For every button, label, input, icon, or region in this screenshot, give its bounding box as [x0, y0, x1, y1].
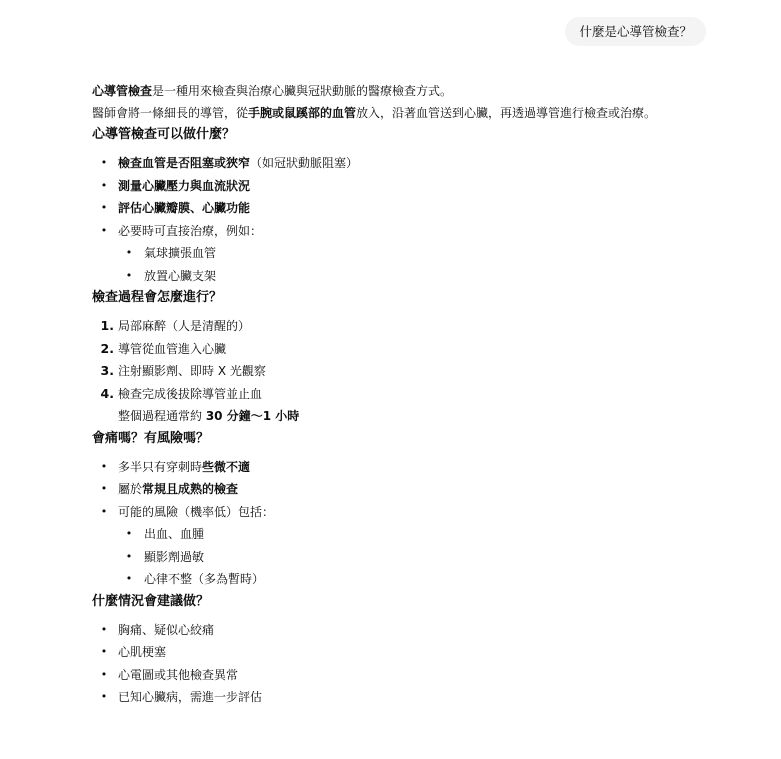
intro-line-2-bold: 手腕或鼠蹊部的血管	[248, 106, 356, 120]
risks-list: •多半只有穿刺時些微不適 •屬於常規且成熟的檢查 •可能的風險（機率低）包括： …	[92, 456, 732, 591]
sub-list-item-text: 氣球擴張血管	[144, 246, 216, 260]
list-item: •多半只有穿刺時些微不適	[92, 456, 732, 479]
sub-list-item-text: 心律不整（多為暫時）	[144, 572, 264, 586]
user-message-bubble: 什麼是心導管檢查？	[565, 17, 706, 46]
step-item: 1.局部麻醉（人是清醒的）	[92, 315, 732, 338]
bullet-icon: •	[94, 478, 114, 501]
duration-value: 30 分鐘～1 小時	[206, 409, 299, 423]
list-item-bold: 常規且成熟的檢查	[142, 482, 238, 496]
bullet-icon: •	[94, 501, 114, 524]
step-number: 3.	[94, 360, 114, 383]
step-item: 4.檢查完成後拔除導管並止血	[92, 383, 732, 406]
step-item: 2.導管從血管進入心臟	[92, 338, 732, 361]
list-item-text: 可能的風險（機率低）包括：	[118, 505, 274, 519]
list-item-text: 心電圖或其他檢查異常	[118, 668, 238, 682]
sub-list-item-text: 顯影劑過敏	[144, 550, 204, 564]
bullet-icon: •	[94, 197, 114, 220]
step-text: 注射顯影劑、即時 X 光觀察	[118, 364, 266, 378]
step-number: 1.	[94, 315, 114, 338]
sub-list-item: •出血、血腫	[92, 523, 732, 546]
intro-term: 心導管檢查	[92, 84, 152, 98]
list-item: •評估心臟瓣膜、心臟功能	[92, 197, 732, 220]
bullet-icon: •	[94, 456, 114, 479]
sub-list-item: •放置心臟支架	[92, 265, 732, 288]
list-item: •已知心臟病，需進一步評估	[92, 686, 732, 709]
procedure-duration: 整個過程通常約 30 分鐘～1 小時	[92, 405, 732, 428]
list-item-text: 心肌梗塞	[118, 645, 166, 659]
list-item-text: 已知心臟病，需進一步評估	[118, 690, 262, 704]
list-item: •測量心臟壓力與血流狀況	[92, 175, 732, 198]
intro-line-2-pre: 醫師會將一條細長的導管，從	[92, 106, 248, 120]
list-item: •屬於常規且成熟的檢查	[92, 478, 732, 501]
bullet-icon: •	[94, 641, 114, 664]
sub-list-item: •心律不整（多為暫時）	[92, 568, 732, 591]
step-item: 3.注射顯影劑、即時 X 光觀察	[92, 360, 732, 383]
bullet-icon: •	[94, 175, 114, 198]
step-number: 4.	[94, 383, 114, 406]
bullet-icon: •	[94, 664, 114, 687]
step-text: 檢查完成後拔除導管並止血	[118, 387, 262, 401]
list-item: •心電圖或其他檢查異常	[92, 664, 732, 687]
indications-list: •胸痛、疑似心絞痛 •心肌梗塞 •心電圖或其他檢查異常 •已知心臟病，需進一步評…	[92, 619, 732, 709]
intro-line-2-post: 放入，沿著血管送到心臟，再透過導管進行檢查或治療。	[356, 106, 656, 120]
list-item-text: 必要時可直接治療，例如：	[118, 224, 262, 238]
step-number: 2.	[94, 338, 114, 361]
intro-line-2: 醫師會將一條細長的導管，從手腕或鼠蹊部的血管放入，沿著血管送到心臟，再透過導管進…	[92, 102, 732, 124]
sub-list-item: •氣球擴張血管	[92, 242, 732, 265]
list-item-bold: 測量心臟壓力與血流狀況	[118, 179, 250, 193]
bullet-icon: •	[94, 686, 114, 709]
list-item: •必要時可直接治療，例如：	[92, 220, 732, 243]
section-heading-uses: 心導管檢查可以做什麼？	[92, 124, 732, 146]
bullet-icon: •	[119, 546, 139, 569]
sub-list-item: •顯影劑過敏	[92, 546, 732, 569]
list-item-text: 屬於	[118, 482, 142, 496]
list-item-bold: 些微不適	[202, 460, 250, 474]
intro-line-1-text: 是一種用來檢查與治療心臟與冠狀動脈的醫療檢查方式。	[152, 84, 452, 98]
uses-list: •檢查血管是否阻塞或狹窄（如冠狀動脈阻塞） •測量心臟壓力與血流狀況 •評估心臟…	[92, 152, 732, 287]
list-item: •可能的風險（機率低）包括：	[92, 501, 732, 524]
list-item-text: 多半只有穿刺時	[118, 460, 202, 474]
list-item-bold: 檢查血管是否阻塞或狹窄	[118, 156, 250, 170]
list-item-text: 胸痛、疑似心絞痛	[118, 623, 214, 637]
section-heading-indications: 什麼情況會建議做？	[92, 591, 732, 613]
section-heading-risks: 會痛嗎？有風險嗎？	[92, 428, 732, 450]
bullet-icon: •	[94, 152, 114, 175]
duration-pre: 整個過程通常約	[118, 409, 206, 423]
bullet-icon: •	[119, 242, 139, 265]
assistant-answer: 心導管檢查是一種用來檢查與治療心臟與冠狀動脈的醫療檢查方式。 醫師會將一條細長的…	[92, 80, 732, 709]
bullet-icon: •	[94, 619, 114, 642]
list-item: •胸痛、疑似心絞痛	[92, 619, 732, 642]
bullet-icon: •	[119, 568, 139, 591]
list-item-text: （如冠狀動脈阻塞）	[250, 156, 358, 170]
procedure-steps: 1.局部麻醉（人是清醒的） 2.導管從血管進入心臟 3.注射顯影劑、即時 X 光…	[92, 315, 732, 405]
step-text: 局部麻醉（人是清醒的）	[118, 319, 250, 333]
list-item-bold: 評估心臟瓣膜、心臟功能	[118, 201, 250, 215]
sub-list-item-text: 出血、血腫	[144, 527, 204, 541]
bullet-icon: •	[119, 523, 139, 546]
list-item: •心肌梗塞	[92, 641, 732, 664]
list-item: •檢查血管是否阻塞或狹窄（如冠狀動脈阻塞）	[92, 152, 732, 175]
intro-line-1: 心導管檢查是一種用來檢查與治療心臟與冠狀動脈的醫療檢查方式。	[92, 80, 732, 102]
sub-list-item-text: 放置心臟支架	[144, 269, 216, 283]
bullet-icon: •	[94, 220, 114, 243]
user-message-row: 什麼是心導管檢查？	[565, 17, 706, 46]
section-heading-procedure: 檢查過程會怎麼進行？	[92, 287, 732, 309]
bullet-icon: •	[119, 265, 139, 288]
step-text: 導管從血管進入心臟	[118, 342, 226, 356]
